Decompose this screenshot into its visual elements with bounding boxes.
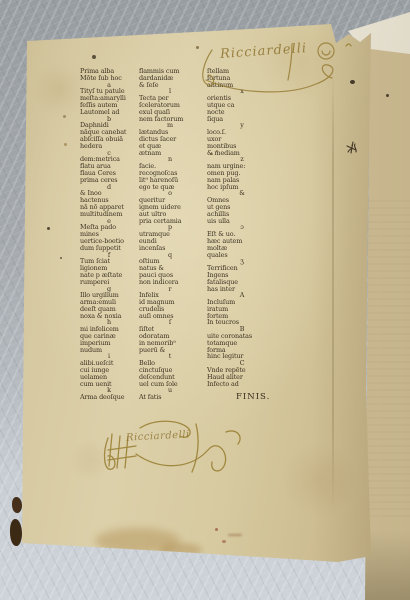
ink-speck xyxy=(210,153,213,155)
ink-speck xyxy=(216,150,218,152)
registrum-line: Infecto ad xyxy=(207,381,277,388)
ink-speck xyxy=(60,257,62,259)
ink-blot-icon xyxy=(344,140,360,156)
photo-scene: Prima albaMōte ſub hocaTityſ tu patuleme… xyxy=(0,0,410,600)
registrum-line: At fatis xyxy=(139,394,201,401)
red-speck xyxy=(215,528,218,531)
handwritten-inscription-bottom: Ricciardelli xyxy=(96,414,256,492)
registrum-line: Arma deoſque xyxy=(80,394,138,401)
vertical-crease xyxy=(332,70,334,510)
registrum-column-2: flammis cumdardanidæ& ſeſelTecta perſcel… xyxy=(139,68,201,401)
red-speck xyxy=(222,540,226,543)
registrum-column-1: Prima albaMōte ſub hocaTityſ tu patuleme… xyxy=(80,68,138,401)
ink-speck xyxy=(47,227,50,230)
handwritten-inscription-top: Ricciardelli xyxy=(196,34,366,98)
ink-speck xyxy=(92,55,96,59)
red-scribble xyxy=(228,534,242,536)
binding-fragment xyxy=(12,497,22,513)
foxing-spot xyxy=(64,143,67,146)
registrum-column-3: ſtellamfortunaantinumxorientisutque cano… xyxy=(207,68,277,387)
binding-fragment xyxy=(10,519,22,546)
pen-flourish-icon xyxy=(96,414,256,492)
finis-label: FINIS. xyxy=(236,392,270,402)
ink-speck xyxy=(386,94,389,97)
foxing-spot xyxy=(63,115,66,118)
damp-stain xyxy=(160,543,202,557)
